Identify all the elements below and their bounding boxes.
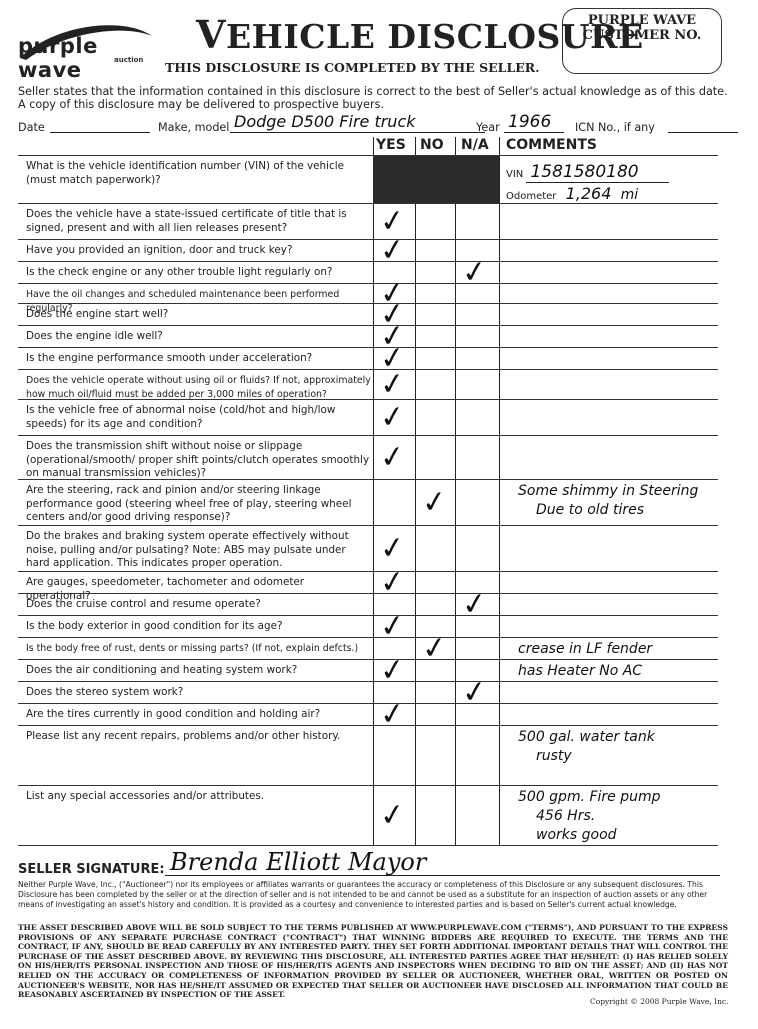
answer-na-cell[interactable]	[456, 370, 496, 400]
answer-no-cell[interactable]	[416, 436, 456, 480]
question-text: Please list any recent repairs, problems…	[26, 730, 371, 744]
answer-yes-cell[interactable]	[374, 480, 414, 526]
question-row: Is the check engine or any other trouble…	[18, 261, 718, 283]
question-text: Does the engine start well?	[26, 308, 371, 322]
brand-sub: auction	[114, 56, 143, 64]
answer-no-cell[interactable]	[416, 284, 456, 304]
question-row: Does the air conditioning and heating sy…	[18, 659, 718, 681]
question-row: What is the vehicle identification numbe…	[18, 155, 718, 203]
signature-value: Brenda Elliott Mayor	[170, 848, 426, 876]
customer-number-box[interactable]: PURPLE WAVE CUSTOMER NO.	[562, 8, 722, 74]
question-row: Does the vehicle operate without using o…	[18, 369, 718, 399]
question-text: Have you provided an ignition, door and …	[26, 244, 371, 258]
year-value: 1966	[508, 112, 551, 132]
icn-field[interactable]	[668, 132, 738, 133]
answer-no-cell[interactable]	[416, 204, 456, 240]
answer-na-cell[interactable]	[456, 726, 496, 786]
answer-yes-cell[interactable]: ✓	[374, 786, 414, 846]
question-text: Is the body free of rust, dents or missi…	[26, 642, 371, 656]
page-subtitle: THIS DISCLOSURE IS COMPLETED BY THE SELL…	[165, 60, 540, 75]
make-model-field[interactable]	[230, 132, 485, 133]
answer-no-cell[interactable]	[416, 348, 456, 370]
answer-no-cell[interactable]	[416, 370, 456, 400]
question-row: Is the body exterior in good condition f…	[18, 615, 718, 637]
answer-no-cell[interactable]: ✓	[416, 480, 456, 526]
question-row: Please list any recent repairs, problems…	[18, 725, 718, 785]
checkmark-icon: ✓	[420, 486, 449, 519]
question-row: Do the brakes and braking system operate…	[18, 525, 718, 571]
icn-label: ICN No., if any	[575, 121, 655, 134]
checkmark-icon: ✓	[378, 401, 407, 434]
make-model-label: Make, model	[158, 121, 229, 134]
answer-no-cell[interactable]: ✓	[416, 638, 456, 660]
answer-na-cell[interactable]	[456, 326, 496, 348]
question-row: Are the steering, rack and pinion and/or…	[18, 479, 718, 525]
question-row: Is the vehicle free of abnormal noise (c…	[18, 399, 718, 435]
question-text: Is the vehicle free of abnormal noise (c…	[26, 404, 371, 431]
answer-no-cell[interactable]	[416, 326, 456, 348]
answer-yes-cell[interactable]: ✓	[374, 572, 414, 594]
question-text: Does the vehicle operate without using o…	[26, 374, 371, 401]
answer-no-cell[interactable]	[416, 400, 456, 436]
answer-no-cell[interactable]	[416, 660, 456, 682]
checkmark-icon: ✓	[378, 441, 407, 474]
question-row: Does the vehicle have a state-issued cer…	[18, 203, 718, 239]
answer-no-cell[interactable]	[416, 786, 456, 846]
copyright: Copyright © 2008 Purple Wave, Inc.	[590, 997, 729, 1006]
answer-na-cell[interactable]	[456, 348, 496, 370]
answer-no-cell[interactable]	[416, 262, 456, 284]
answer-no-cell[interactable]	[416, 572, 456, 594]
question-text: Does the vehicle have a state-issued cer…	[26, 208, 371, 235]
question-text: Are the steering, rack and pinion and/or…	[26, 484, 371, 525]
vin-line: VIN 1581580180	[506, 162, 718, 182]
answer-na-cell[interactable]	[456, 284, 496, 304]
question-text: Does the air conditioning and heating sy…	[26, 664, 371, 678]
checkmark-icon: ✓	[378, 799, 407, 832]
question-text: What is the vehicle identification numbe…	[26, 160, 371, 187]
answer-na-cell[interactable]: ✓	[456, 682, 496, 704]
col-yes: YES	[376, 137, 406, 153]
question-row: Is the engine performance smooth under a…	[18, 347, 718, 369]
comment-cell[interactable]: 500 gpm. Fire pump456 Hrs.works good	[506, 788, 718, 845]
answer-na-cell[interactable]	[456, 480, 496, 526]
year-label: Year	[476, 121, 500, 134]
comment-cell[interactable]: 500 gal. water tankrusty	[506, 728, 718, 766]
question-text: Is the body exterior in good condition f…	[26, 620, 371, 634]
question-text: List any special accessories and/or attr…	[26, 790, 371, 804]
question-row: List any special accessories and/or attr…	[18, 785, 718, 845]
legal-text: THE ASSET DESCRIBED ABOVE WILL BE SOLD S…	[18, 923, 728, 1000]
answer-no-cell[interactable]	[416, 240, 456, 262]
answer-no-cell[interactable]	[416, 526, 456, 572]
answer-no-cell[interactable]	[416, 304, 456, 326]
answer-na-cell[interactable]	[456, 436, 496, 480]
col-comments: COMMENTS	[506, 137, 597, 153]
answer-na-cell[interactable]	[456, 304, 496, 326]
question-row: Does the transmission shift without nois…	[18, 435, 718, 479]
answer-na-cell[interactable]: ✓	[456, 594, 496, 616]
make-model-value: Dodge D500 Fire truck	[234, 112, 416, 131]
comment-cell[interactable]: has Heater No AC	[506, 662, 718, 681]
answer-na-cell[interactable]: ✓	[456, 262, 496, 284]
question-text: Do the brakes and braking system operate…	[26, 530, 371, 571]
disclaimer-text: Neither Purple Wave, Inc., ("Auctioneer"…	[18, 880, 728, 910]
answer-na-cell[interactable]	[456, 786, 496, 846]
purple-wave-logo: purple wave auction	[14, 14, 159, 64]
answer-na-cell[interactable]	[456, 638, 496, 660]
year-field[interactable]	[504, 132, 564, 133]
question-text: Does the cruise control and resume opera…	[26, 598, 371, 612]
question-text: Is the check engine or any other trouble…	[26, 266, 371, 280]
question-text: Is the engine performance smooth under a…	[26, 352, 371, 366]
answer-na-cell[interactable]	[456, 400, 496, 436]
comment-cell[interactable]: Some shimmy in SteeringDue to old tires	[506, 482, 718, 520]
answer-yes-cell[interactable]: ✓	[374, 436, 414, 480]
question-row: Are the tires currently in good conditio…	[18, 703, 718, 725]
answer-na-cell[interactable]	[456, 526, 496, 572]
question-text: Does the stereo system work?	[26, 686, 371, 700]
question-row: Have you provided an ignition, door and …	[18, 239, 718, 261]
col-no: NO	[420, 137, 444, 153]
answer-yes-cell[interactable]	[374, 726, 414, 786]
comment-cell[interactable]: crease in LF fender	[506, 640, 718, 659]
answer-no-cell[interactable]	[416, 594, 456, 616]
question-text: Does the engine idle well?	[26, 330, 371, 344]
answer-na-cell[interactable]	[456, 204, 496, 240]
question-row: Does the engine idle well?✓	[18, 325, 718, 347]
date-label: Date	[18, 121, 45, 134]
date-field[interactable]	[50, 132, 150, 133]
question-row: Does the engine start well?✓	[18, 303, 718, 325]
col-na: N/A	[461, 137, 489, 153]
question-text: Are the tires currently in good conditio…	[26, 708, 371, 722]
answer-no-cell[interactable]	[416, 704, 456, 726]
answer-yes-cell[interactable]: ✓	[374, 660, 414, 682]
answer-yes-cell[interactable]: ✓	[374, 240, 414, 262]
answer-no-cell[interactable]	[416, 726, 456, 786]
comment-cell[interactable]: VIN 1581580180Odometer 1,264 mi	[506, 158, 718, 203]
answer-na-cell[interactable]	[456, 616, 496, 638]
shaded-cells	[373, 156, 499, 204]
signature-label: SELLER SIGNATURE:	[18, 862, 165, 877]
checkmark-icon: ✓	[378, 368, 407, 401]
answer-no-cell[interactable]	[416, 682, 456, 704]
question-row: Does the cruise control and resume opera…	[18, 593, 718, 615]
answer-yes-cell[interactable]: ✓	[374, 400, 414, 436]
question-row: Does the stereo system work?✓	[18, 681, 718, 703]
checkmark-icon: ✓	[378, 532, 407, 565]
question-row: Is the body free of rust, dents or missi…	[18, 637, 718, 659]
intro-text: Seller states that the information conta…	[18, 85, 728, 111]
question-row: Have the oil changes and scheduled maint…	[18, 283, 718, 303]
answer-na-cell[interactable]	[456, 704, 496, 726]
answer-yes-cell[interactable]: ✓	[374, 370, 414, 400]
table-bottom-border	[18, 845, 718, 846]
answer-yes-cell[interactable]: ✓	[374, 616, 414, 638]
odometer-line: Odometer 1,264 mi	[506, 184, 718, 203]
question-text: Does the transmission shift without nois…	[26, 440, 371, 481]
question-row: Are gauges, speedometer, tachometer and …	[18, 571, 718, 593]
answer-yes-cell[interactable]: ✓	[374, 704, 414, 726]
